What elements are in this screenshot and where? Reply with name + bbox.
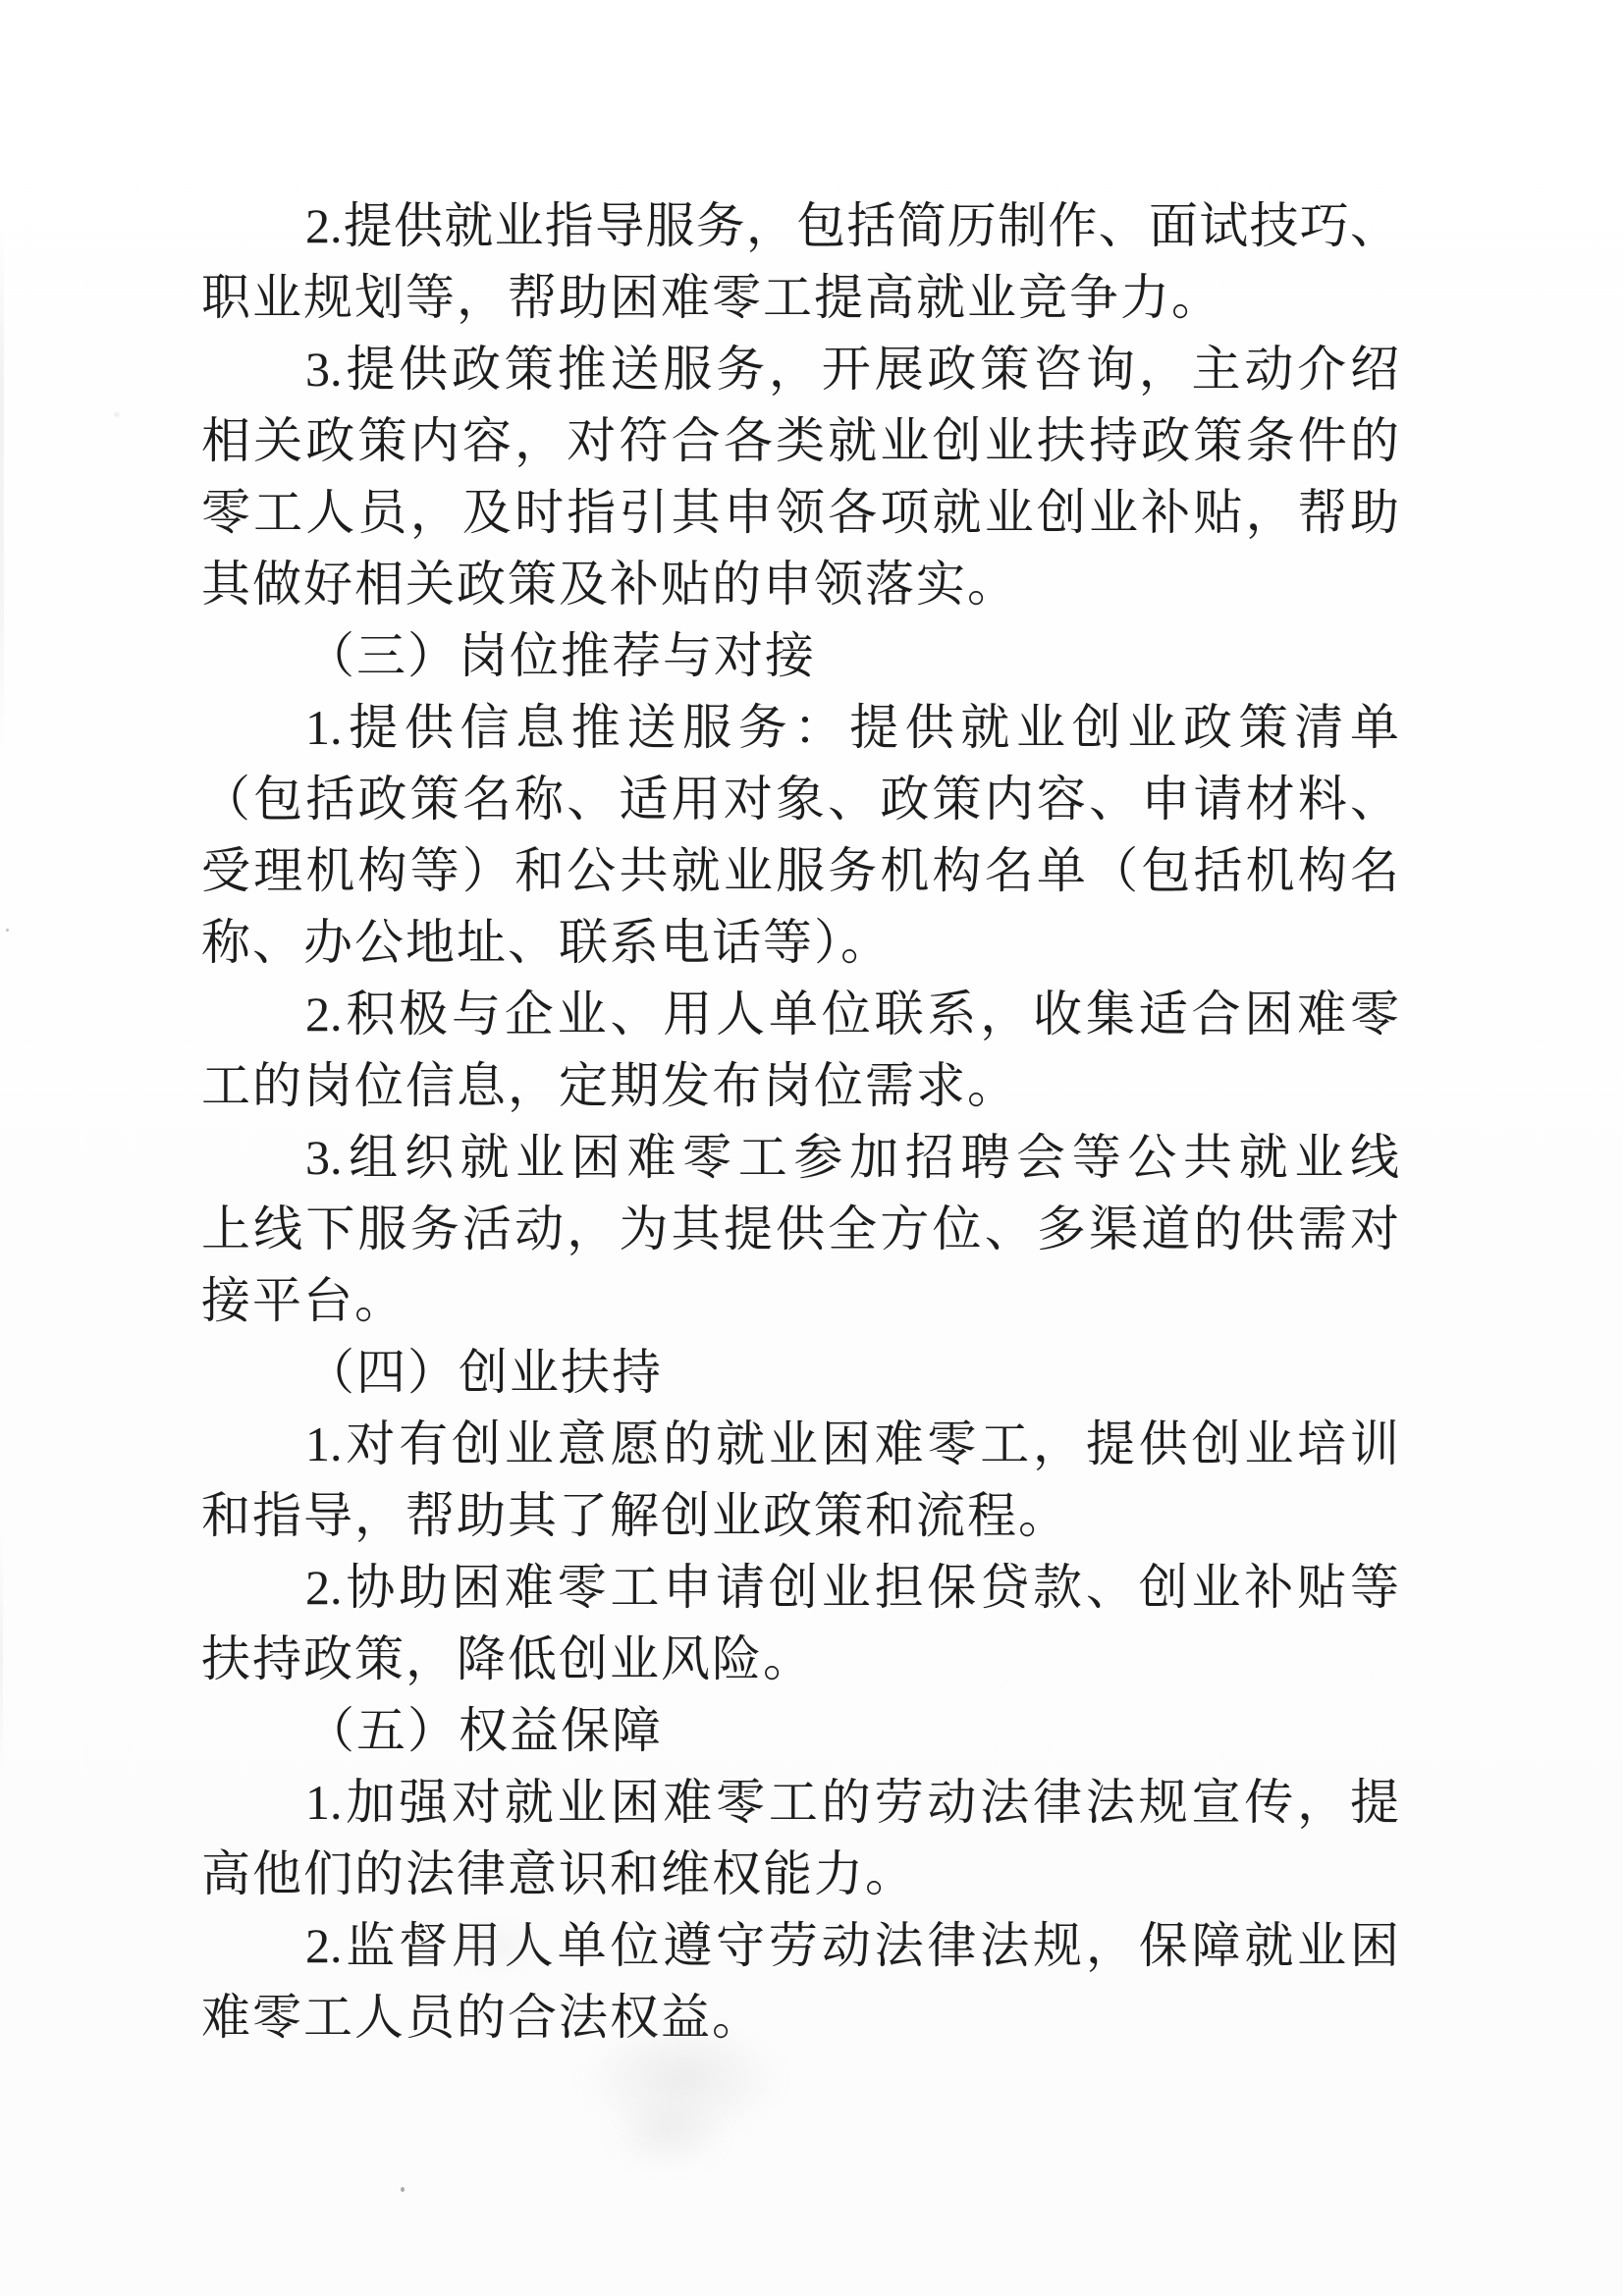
document-text-block: 2.提供就业指导服务，包括简历制作、面试技巧、 职业规划等，帮助困难零工提高就业…: [201, 190, 1399, 2054]
paragraph-line: 难零工人员的合法权益。: [201, 1982, 1399, 2054]
paragraph-line: 其做好相关政策及补贴的申领落实。: [201, 549, 1399, 620]
scan-speck: [114, 412, 120, 417]
paragraph-line: 3.组织就业困难零工参加招聘会等公共就业线: [201, 1122, 1399, 1194]
paragraph-line: 相关政策内容，对符合各类就业创业扶持政策条件的: [201, 405, 1399, 477]
paragraph-line: 上线下服务活动，为其提供全方位、多渠道的供需对: [201, 1194, 1399, 1265]
scan-speck: [6, 929, 9, 932]
paragraph-line: 1.加强对就业困难零工的劳动法律法规宣传，提: [201, 1767, 1399, 1839]
scan-speck: [401, 2187, 405, 2192]
document-page: 2.提供就业指导服务，包括简历制作、面试技巧、 职业规划等，帮助困难零工提高就业…: [0, 0, 1623, 2296]
paragraph-line: （包括政策名称、适用对象、政策内容、申请材料、: [201, 764, 1399, 835]
paragraph-line: 1.对有创业意愿的就业困难零工，提供创业培训: [201, 1409, 1399, 1480]
paragraph-line: 高他们的法律意识和维权能力。: [201, 1839, 1399, 1910]
paragraph-line: 2.提供就业指导服务，包括简历制作、面试技巧、: [201, 190, 1399, 262]
section-heading: （五）权益保障: [201, 1695, 1399, 1767]
paragraph-line: 受理机构等）和公共就业服务机构名单（包括机构名: [201, 835, 1399, 907]
paragraph-line: 和指导，帮助其了解创业政策和流程。: [201, 1480, 1399, 1552]
paragraph-line: 职业规划等，帮助困难零工提高就业竞争力。: [201, 262, 1399, 334]
paragraph-line: 工的岗位信息，定期发布岗位需求。: [201, 1050, 1399, 1122]
section-heading: （三）岗位推荐与对接: [201, 620, 1399, 692]
scan-smudge: [579, 2081, 756, 2189]
scan-edge-shadow: [0, 226, 4, 756]
paragraph-line: 3.提供政策推送服务，开展政策咨询，主动介绍: [201, 334, 1399, 405]
paragraph-line: 扶持政策，降低创业风险。: [201, 1624, 1399, 1695]
paragraph-line: 零工人员，及时指引其申领各项就业创业补贴，帮助: [201, 477, 1399, 549]
paragraph-line: 称、办公地址、联系电话等）。: [201, 907, 1399, 979]
paragraph-line: 2.积极与企业、用人单位联系，收集适合困难零: [201, 979, 1399, 1050]
scan-edge-shadow: [0, 1531, 3, 1787]
paragraph-line: 1.提供信息推送服务：提供就业创业政策清单: [201, 692, 1399, 764]
paragraph-line: 2.监督用人单位遵守劳动法律法规，保障就业困: [201, 1910, 1399, 1982]
section-heading: （四）创业扶持: [201, 1337, 1399, 1409]
paragraph-line: 接平台。: [201, 1265, 1399, 1337]
paragraph-line: 2.协助困难零工申请创业担保贷款、创业补贴等: [201, 1552, 1399, 1624]
